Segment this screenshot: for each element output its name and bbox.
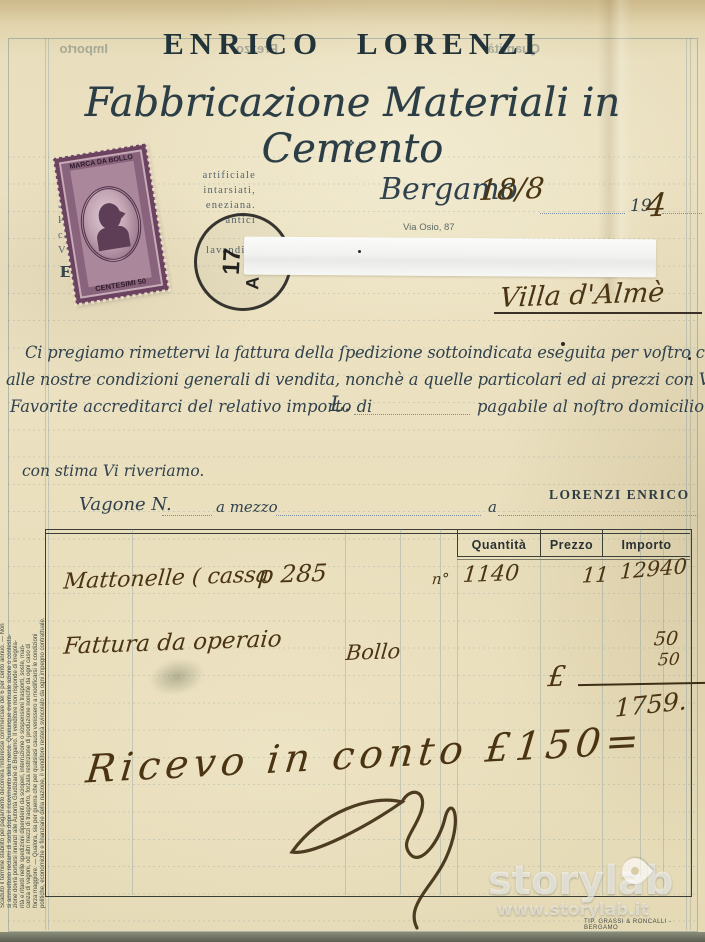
ink-speck [688, 357, 691, 360]
company-name: ENRICO LORENZI [0, 26, 705, 62]
body-line: Favorite accreditarci del relativo impor… [10, 397, 372, 416]
watermark-url: www.storylab.it [497, 900, 649, 920]
currency-label: L. [330, 392, 351, 416]
date-dotted-line [540, 212, 625, 214]
postmark-day: 17 [220, 234, 245, 289]
terms-fine-print: Scaduto il termine stabilito pel pagamen… [0, 480, 48, 908]
ink-speck [561, 342, 565, 346]
row-amount: 50 [657, 650, 680, 671]
handwritten-year: 4 [644, 186, 668, 225]
stamp-portrait [75, 182, 146, 266]
body-line-end: pagabile al noſtro domicilio [477, 397, 704, 416]
wagon-label: Vagone N. [79, 494, 172, 515]
row-qty: 1140 [462, 561, 520, 588]
wagon-a-label: a [488, 498, 497, 516]
row-description: Bollo [345, 639, 401, 665]
total-currency: £ [547, 660, 568, 694]
wagon-dotted-line [162, 514, 212, 516]
handwritten-location: Villa d'Almè [498, 277, 665, 314]
street-label: Via Osio, 87 [403, 222, 455, 233]
printer-credit: TIP. GRASSI & RONCALLI - BERGAMO [584, 919, 705, 931]
column-header-importo: Importo [603, 538, 690, 552]
date-dotted-line [662, 212, 702, 214]
row-extra: p 285 [257, 559, 329, 589]
table-top-inner-line [45, 533, 690, 534]
ink-speck [358, 250, 361, 253]
column-header-prezzo: Prezzo [541, 538, 602, 552]
stamp-value-label: CENTESIMI 50 [78, 274, 162, 296]
location-underline [494, 312, 702, 314]
amount-dotted-line [354, 413, 470, 415]
closing-salute: con stima Vi riveriamo. [22, 462, 204, 480]
wagon-dotted-line [276, 514, 481, 516]
handwritten-signature [280, 790, 490, 930]
wagon-dotted-line [498, 514, 698, 516]
handwritten-date: 18/8 [477, 171, 545, 207]
invoice-document-photo: Quantità Prezzo Importo ENRICO LORENZI F… [0, 0, 705, 942]
row-qty-prefix: n° [431, 570, 450, 589]
row-price: 11 [581, 563, 610, 588]
wagon-mezzo-label: a mezzo [216, 498, 278, 516]
body-line: alle nostre condizioni generali di vendi… [6, 370, 705, 389]
stamp-top-label: MARCA DA BOLLO [59, 152, 143, 172]
row-amount: 50 [653, 628, 679, 651]
body-line: Ci pregiamo rimettervi la fattura della … [25, 343, 705, 362]
divider-ornament-icon: –·❖·– [0, 139, 705, 149]
redaction-bar [244, 237, 656, 278]
column-header-quantita: Quantità [458, 538, 540, 552]
firm-signature-printed: LORENZI ENRICO [549, 487, 690, 503]
photo-bottom-edge [0, 932, 705, 942]
